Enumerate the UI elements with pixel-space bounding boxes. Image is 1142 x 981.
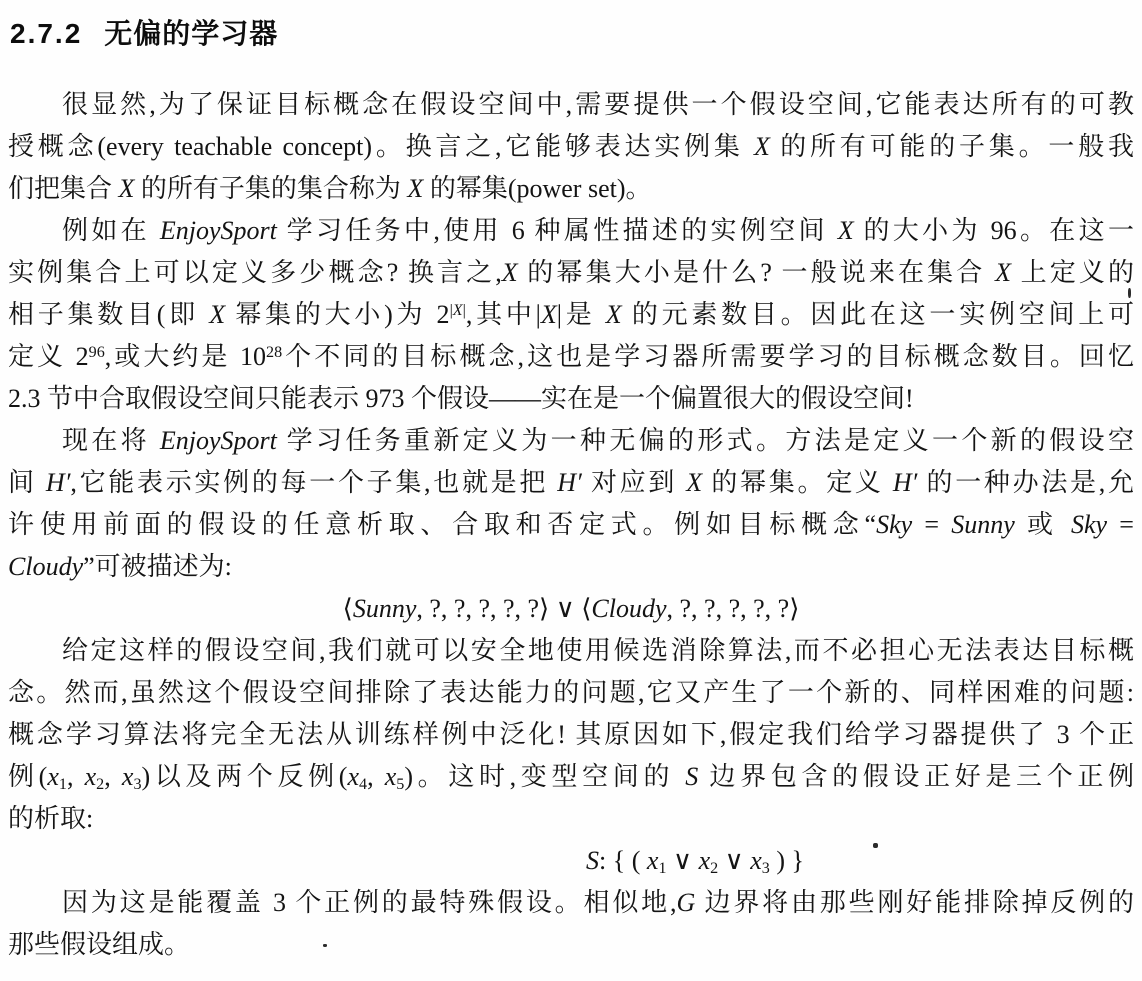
text-run: x bbox=[647, 846, 659, 875]
text-run: X bbox=[407, 174, 423, 203]
text-run: S bbox=[586, 846, 599, 875]
text-line: 很显然,为了保证目标概念在假设空间中,需要提供一个假设空间,它能表达所有的可教 bbox=[8, 84, 1134, 126]
text-run: 2 bbox=[710, 860, 718, 877]
text-run: = bbox=[1107, 510, 1134, 539]
paragraph: 很显然,为了保证目标概念在假设空间中,需要提供一个假设空间,它能表达所有的可教授… bbox=[8, 84, 1134, 210]
text-run: x bbox=[47, 762, 59, 791]
text-run: Cloudy bbox=[8, 552, 83, 581]
section-number: 2.7.2 bbox=[10, 18, 82, 49]
text-run: |是 bbox=[557, 300, 606, 329]
text-run: 4 bbox=[359, 776, 367, 793]
text-run: 5 bbox=[396, 776, 404, 793]
text-line: 相子集数目(即 X 幂集的大小)为 2|X|,其中|X|是 X 的元素数目。因此… bbox=[8, 294, 1134, 336]
text-run: 边界包含的假设正好是三个正例 bbox=[698, 762, 1134, 791]
text-run: 对应到 bbox=[582, 468, 687, 497]
text-run: 的幂集。定义 bbox=[702, 468, 893, 497]
text-run: 学习任务中,使用 6 种属性描述的实例空间 bbox=[277, 216, 838, 245]
text-run: ”可被描述为: bbox=[83, 552, 232, 581]
text-line: 定义 296,或大约是 1028个不同的目标概念,这也是学习器所需要学习的目标概… bbox=[8, 336, 1134, 378]
text-run: ,其中| bbox=[466, 300, 541, 329]
text-run: 因为这是能覆盖 3 个正例的最特殊假设。相似地, bbox=[62, 888, 676, 917]
text-run: H′ bbox=[46, 468, 70, 497]
text-run: G bbox=[676, 888, 695, 917]
text-run: 现在将 bbox=[62, 426, 160, 455]
text-run: x bbox=[750, 846, 762, 875]
text-run: 概念学习算法将完全无法从训练样例中泛化! 其原因如下,假定我们给学习器提供了 3… bbox=[8, 720, 1134, 749]
text-run: 的元素数目。因此在这一实例空间上可 bbox=[622, 300, 1134, 329]
text-run: 3 bbox=[762, 860, 770, 877]
scan-speck bbox=[1128, 288, 1131, 298]
text-run: 的大小为 96。在这一 bbox=[854, 216, 1134, 245]
text-run: H′ bbox=[893, 468, 917, 497]
page-body: 很显然,为了保证目标概念在假设空间中,需要提供一个假设空间,它能表达所有的可教授… bbox=[8, 84, 1134, 966]
text-line: 的析取: bbox=[8, 798, 1134, 840]
text-run: Cloudy bbox=[591, 594, 666, 623]
text-run: Sky bbox=[876, 510, 912, 539]
text-run: 实例集合上可以定义多少概念? 换言之, bbox=[8, 258, 502, 287]
text-line: 概念学习算法将完全无法从训练样例中泛化! 其原因如下,假定我们给学习器提供了 3… bbox=[8, 714, 1134, 756]
text-line: 念。然而,虽然这个假设空间排除了表达能力的问题,它又产生了一个新的、同样困难的问… bbox=[8, 672, 1134, 714]
text-run: x bbox=[85, 762, 97, 791]
paragraph: 给定这样的假设空间,我们就可以安全地使用候选消除算法,而不必担心无法表达目标概念… bbox=[8, 630, 1134, 840]
paragraph: 现在将 EnjoySport 学习任务重新定义为一种无偏的形式。方法是定义一个新… bbox=[8, 420, 1134, 588]
text-run: 许使用前面的假设的任意析取、合取和否定式。例如目标概念“ bbox=[8, 510, 876, 539]
text-run: 96 bbox=[89, 344, 105, 361]
text-run: Sunny bbox=[951, 510, 1015, 539]
text-line: 现在将 EnjoySport 学习任务重新定义为一种无偏的形式。方法是定义一个新… bbox=[8, 420, 1134, 462]
text-run: X bbox=[453, 302, 463, 319]
scan-speck bbox=[873, 843, 878, 848]
text-run: 们把集合 bbox=[8, 174, 119, 203]
text-run: Sky bbox=[1071, 510, 1107, 539]
text-line: 间 H′,它能表示实例的每一个子集,也就是把 H′ 对应到 X 的幂集。定义 H… bbox=[8, 462, 1134, 504]
text-run: X bbox=[502, 258, 518, 287]
text-run: 1 bbox=[59, 776, 67, 793]
scanned-page: 2.7.2无偏的学习器 很显然,为了保证目标概念在假设空间中,需要提供一个假设空… bbox=[0, 0, 1142, 981]
text-run: EnjoySport bbox=[160, 216, 277, 245]
text-run: H′ bbox=[557, 468, 581, 497]
text-run: X bbox=[995, 258, 1011, 287]
text-run: X bbox=[838, 216, 854, 245]
text-run: )。这时,变型空间的 bbox=[404, 762, 685, 791]
text-run: x bbox=[385, 762, 397, 791]
text-run: 的所有子集的集合称为 bbox=[134, 174, 407, 203]
text-run: 相子集数目(即 bbox=[8, 300, 209, 329]
text-run: 给定这样的假设空间,我们就可以安全地使用候选消除算法,而不必担心无法表达目标概 bbox=[62, 636, 1134, 665]
section-title: 无偏的学习器 bbox=[104, 18, 278, 49]
text-run: : { ( bbox=[599, 846, 647, 875]
text-line: 授概念(every teachable concept)。换言之,它能够表达实例… bbox=[8, 126, 1134, 168]
text-run: x bbox=[699, 846, 711, 875]
text-run: 例( bbox=[8, 762, 47, 791]
text-run: 很显然,为了保证目标概念在假设空间中,需要提供一个假设空间,它能表达所有的可教 bbox=[62, 90, 1134, 119]
text-run: ,它能表示实例的每一个子集,也就是把 bbox=[70, 468, 557, 497]
formula-block: ⟨Sunny, ?, ?, ?, ?, ?⟩ ∨ ⟨Cloudy, ?, ?, … bbox=[8, 588, 1134, 630]
text-run: ⟨ bbox=[343, 594, 353, 623]
text-line: Cloudy”可被描述为: bbox=[8, 546, 1134, 588]
text-run: ,或大约是 10 bbox=[105, 342, 266, 371]
text-run: 2.3 节中合取假设空间只能表示 973 个假设——实在是一个偏置很大的假设空间… bbox=[8, 384, 914, 413]
text-run: EnjoySport bbox=[160, 426, 277, 455]
text-run: 学习任务重新定义为一种无偏的形式。方法是定义一个新的假设空 bbox=[277, 426, 1134, 455]
text-run: X bbox=[119, 174, 135, 203]
text-line: 许使用前面的假设的任意析取、合取和否定式。例如目标概念“Sky = Sunny … bbox=[8, 504, 1134, 546]
text-line: 们把集合 X 的所有子集的集合称为 X 的幂集(power set)。 bbox=[8, 168, 1134, 210]
text-line: 给定这样的假设空间,我们就可以安全地使用候选消除算法,而不必担心无法表达目标概 bbox=[8, 630, 1134, 672]
text-run: X bbox=[209, 300, 225, 329]
text-run: , bbox=[104, 762, 122, 791]
text-run: 1 bbox=[658, 860, 666, 877]
text-run: 定义 2 bbox=[8, 342, 89, 371]
formula-line: S: { ( x1 ∨ x2 ∨ x3 ) } bbox=[8, 840, 1134, 882]
text-run: ∨ bbox=[667, 846, 699, 875]
paragraph: 例如在 EnjoySport 学习任务中,使用 6 种属性描述的实例空间 X 的… bbox=[8, 210, 1134, 420]
text-run: X bbox=[754, 132, 770, 161]
text-run: 幂集的大小)为 2 bbox=[225, 300, 449, 329]
text-run: ) } bbox=[770, 846, 804, 875]
text-run: 授概念(every teachable concept)。换言之,它能够表达实例… bbox=[8, 132, 754, 161]
text-run: 3 bbox=[133, 776, 141, 793]
text-run: 上定义的 bbox=[1011, 258, 1134, 287]
text-run: 的幂集大小是什么? 一般说来在集合 bbox=[518, 258, 995, 287]
paragraph: 因为这是能覆盖 3 个正例的最特殊假设。相似地,G 边界将由那些刚好能排除掉反例… bbox=[8, 882, 1134, 966]
text-run: , bbox=[367, 762, 385, 791]
scan-speck bbox=[323, 944, 327, 947]
text-line: 那些假设组成。 bbox=[8, 924, 1134, 966]
text-run: 边界将由那些刚好能排除掉反例的 bbox=[695, 888, 1134, 917]
text-run: )以及两个反例( bbox=[142, 762, 348, 791]
text-run: x bbox=[347, 762, 359, 791]
text-run: , ?, ?, ?, ?, ?⟩ ∨ ⟨ bbox=[416, 594, 591, 623]
text-run: X bbox=[686, 468, 702, 497]
text-run: 个不同的目标概念,这也是学习器所需要学习的目标概念数目。回忆 bbox=[282, 342, 1134, 371]
text-run: 间 bbox=[8, 468, 46, 497]
text-run: 或 bbox=[1015, 510, 1071, 539]
text-run: | bbox=[463, 302, 466, 319]
formula-line: ⟨Sunny, ?, ?, ?, ?, ?⟩ ∨ ⟨Cloudy, ?, ?, … bbox=[8, 588, 1134, 630]
text-run: X bbox=[606, 300, 622, 329]
text-run: 28 bbox=[266, 344, 282, 361]
text-line: 2.3 节中合取假设空间只能表示 973 个假设——实在是一个偏置很大的假设空间… bbox=[8, 378, 1134, 420]
text-run: ∨ bbox=[718, 846, 750, 875]
text-run: S bbox=[685, 762, 698, 791]
text-line: 例(x1, x2, x3)以及两个反例(x4, x5)。这时,变型空间的 S 边… bbox=[8, 756, 1134, 798]
text-run: 那些假设组成。 bbox=[8, 930, 190, 959]
text-run: X bbox=[541, 300, 557, 329]
text-line: 因为这是能覆盖 3 个正例的最特殊假设。相似地,G 边界将由那些刚好能排除掉反例… bbox=[8, 882, 1134, 924]
text-run: 的一种办法是,允 bbox=[917, 468, 1134, 497]
text-run: 的所有可能的子集。一般我 bbox=[770, 132, 1134, 161]
section-heading: 2.7.2无偏的学习器 bbox=[10, 14, 1134, 54]
text-run: 的析取: bbox=[8, 804, 93, 833]
text-run: 例如在 bbox=[62, 216, 160, 245]
text-run: = bbox=[912, 510, 951, 539]
text-run: 的幂集(power set)。 bbox=[423, 174, 651, 203]
text-run: , ?, ?, ?, ?, ?⟩ bbox=[667, 594, 800, 623]
text-line: 例如在 EnjoySport 学习任务中,使用 6 种属性描述的实例空间 X 的… bbox=[8, 210, 1134, 252]
text-run: , bbox=[67, 762, 85, 791]
text-run: 念。然而,虽然这个假设空间排除了表达能力的问题,它又产生了一个新的、同样困难的问… bbox=[8, 678, 1134, 707]
text-run: 2 bbox=[96, 776, 104, 793]
formula-block: S: { ( x1 ∨ x2 ∨ x3 ) } bbox=[8, 840, 1134, 882]
text-line: 实例集合上可以定义多少概念? 换言之,X 的幂集大小是什么? 一般说来在集合 X… bbox=[8, 252, 1134, 294]
text-run: Sunny bbox=[353, 594, 417, 623]
text-run: x bbox=[122, 762, 134, 791]
